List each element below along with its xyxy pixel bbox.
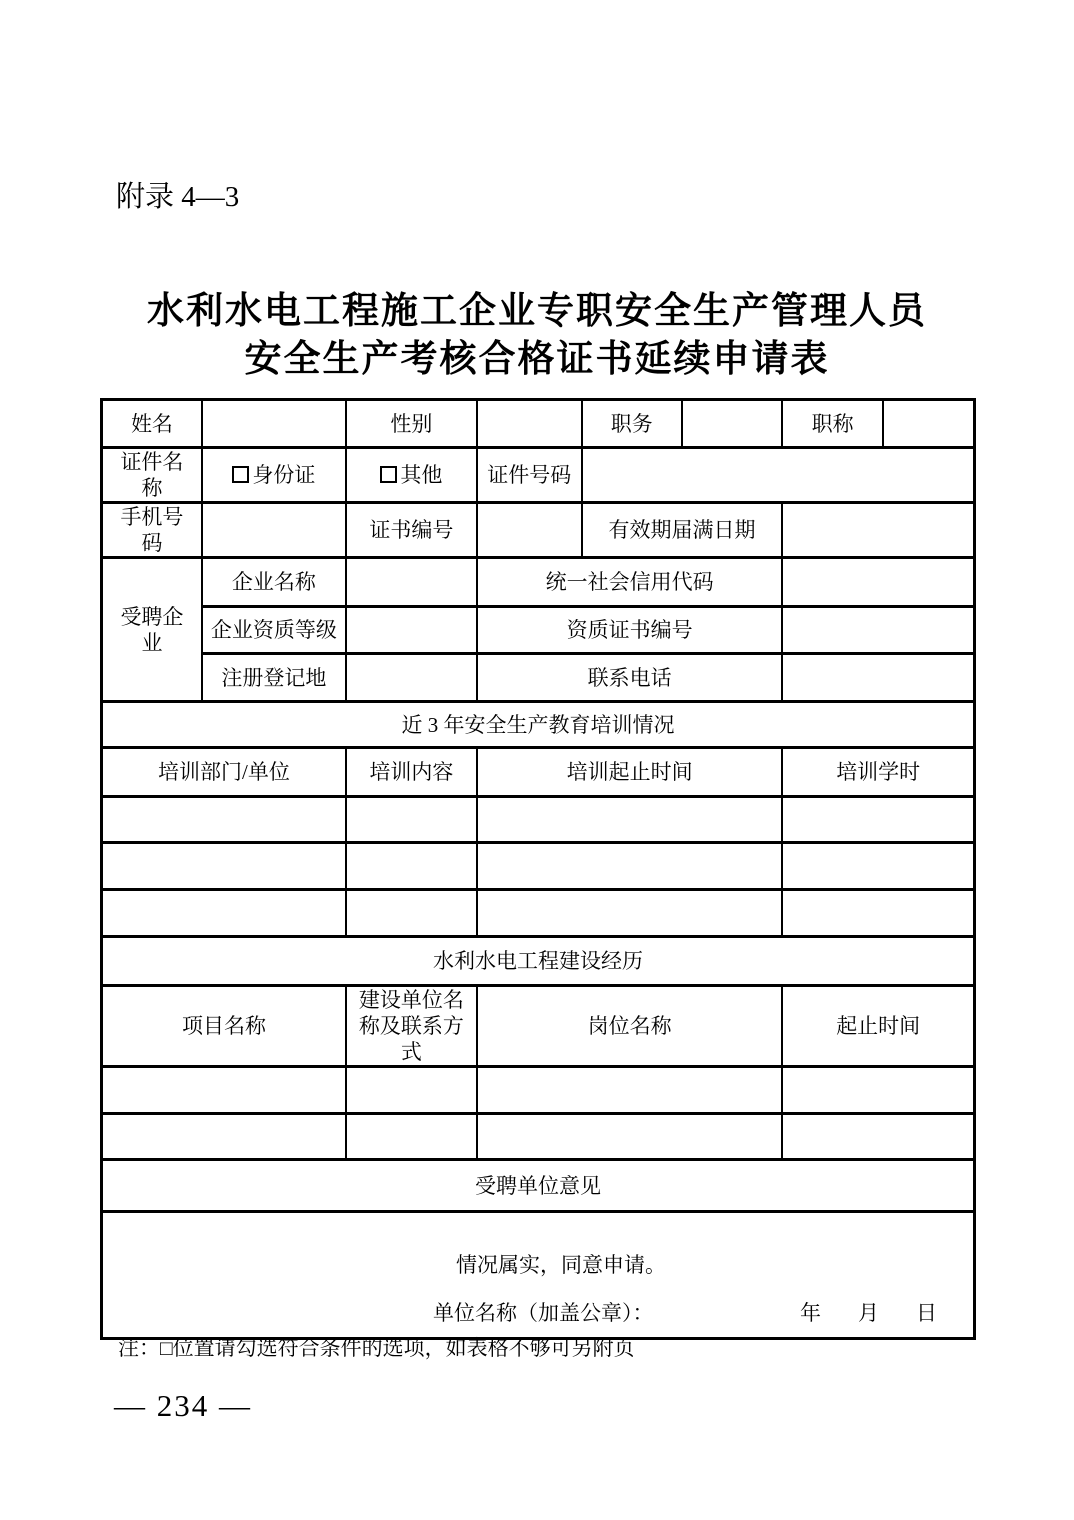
qualification-grade-value-cell (346, 607, 477, 654)
document-title: 水利水电工程施工企业专职安全生产管理人员 安全生产考核合格证书延续申请表 (0, 288, 1074, 384)
training-hours-value-cell (782, 797, 974, 843)
experience-period-value-cell (782, 1114, 974, 1160)
other-option-cell: 其他 (346, 448, 477, 503)
mobile-value-cell (202, 503, 346, 558)
training-content-value-cell (346, 890, 477, 937)
doc-number-value-cell (582, 448, 975, 503)
date-labels: 年 月 日 (800, 1300, 937, 1326)
training-hours-value-cell (782, 843, 974, 890)
experience-project-value-cell (102, 1067, 346, 1114)
expiry-label-cell: 有效期届满日期 (582, 503, 783, 558)
training-content-header: 培训内容 (346, 748, 477, 797)
page-number: — 234 — (114, 1388, 252, 1424)
cert-no-value-cell (477, 503, 582, 558)
row-basic-info: 姓名 性别 职务 职称 (102, 400, 975, 448)
experience-empty-row (102, 1114, 975, 1160)
qualification-grade-label-cell: 企业资质等级 (202, 607, 346, 654)
signature-label: 单位名称（加盖公章）： (433, 1300, 654, 1326)
training-content-value-cell (346, 797, 477, 843)
name-label-cell: 姓名 (102, 400, 202, 448)
training-period-value-cell (477, 797, 783, 843)
opinion-section-header-row: 受聘单位意见 (102, 1160, 975, 1212)
opinion-content-cell: 情况属实，同意申请。 单位名称（加盖公章）： 年 月 日 (102, 1212, 975, 1339)
mobile-label-cell: 手机号码 (102, 503, 202, 558)
training-department-value-cell (102, 797, 346, 843)
training-period-value-cell (477, 890, 783, 937)
signature-date-row: 单位名称（加盖公章）： 年 月 日 (111, 1300, 965, 1326)
training-period-header: 培训起止时间 (477, 748, 783, 797)
position-label-cell: 职务 (582, 400, 682, 448)
gender-label-cell: 性别 (346, 400, 477, 448)
job-title-label-cell: 职称 (782, 400, 882, 448)
row-employer-name: 受聘企业 企业名称 统一社会信用代码 (102, 558, 975, 607)
experience-post-value-cell (477, 1114, 783, 1160)
name-value-cell (202, 400, 346, 448)
date-day-label: 日 (916, 1300, 937, 1326)
document-page: 附录 4—3 水利水电工程施工企业专职安全生产管理人员 安全生产考核合格证书延续… (0, 0, 1074, 1520)
id-card-option-cell: 身份证 (202, 448, 346, 503)
expiry-value-cell (782, 503, 974, 558)
employer-group-label-cell: 受聘企业 (102, 558, 202, 702)
experience-project-header: 项目名称 (102, 986, 346, 1067)
training-hours-value-cell (782, 890, 974, 937)
footnote: 注：□位置请勾选符合条件的选项，如表格不够可另附页 (118, 1332, 635, 1362)
document-title-line2: 安全生产考核合格证书延续申请表 (0, 336, 1074, 384)
experience-post-value-cell (477, 1067, 783, 1114)
phone-value-cell (782, 654, 974, 702)
cert-no-label-cell: 证书编号 (346, 503, 477, 558)
experience-empty-row (102, 1067, 975, 1114)
id-card-option-label: 身份证 (252, 463, 315, 487)
training-department-value-cell (102, 890, 346, 937)
training-section-title: 近 3 年安全生产教育培训情况 (102, 702, 975, 748)
opinion-section-title: 受聘单位意见 (102, 1160, 975, 1212)
gender-value-cell (477, 400, 582, 448)
training-section-header-row: 近 3 年安全生产教育培训情况 (102, 702, 975, 748)
experience-period-value-cell (782, 1067, 974, 1114)
experience-builder-value-cell (346, 1067, 477, 1114)
id-card-checkbox-icon (232, 466, 249, 483)
date-year-label: 年 (800, 1300, 821, 1326)
row-contact-cert: 手机号码 证书编号 有效期届满日期 (102, 503, 975, 558)
experience-builder-header: 建设单位名称及联系方式 (346, 986, 477, 1067)
row-employer-qualification: 企业资质等级 资质证书编号 (102, 607, 975, 654)
experience-post-header: 岗位名称 (477, 986, 783, 1067)
experience-project-value-cell (102, 1114, 346, 1160)
experience-builder-value-cell (346, 1114, 477, 1160)
training-department-header: 培训部门/单位 (102, 748, 346, 797)
doc-number-label-cell: 证件号码 (477, 448, 582, 503)
training-period-value-cell (477, 843, 783, 890)
other-checkbox-icon (380, 466, 397, 483)
qualification-cert-no-value-cell (782, 607, 974, 654)
experience-columns-header-row: 项目名称 建设单位名称及联系方式 岗位名称 起止时间 (102, 986, 975, 1067)
training-empty-row (102, 890, 975, 937)
row-id-document: 证件名称 身份证 其他 证件号码 (102, 448, 975, 503)
row-employer-address: 注册登记地 联系电话 (102, 654, 975, 702)
credit-code-label-cell: 统一社会信用代码 (477, 558, 783, 607)
training-columns-header-row: 培训部门/单位 培训内容 培训起止时间 培训学时 (102, 748, 975, 797)
experience-section-title: 水利水电工程建设经历 (102, 937, 975, 986)
phone-label-cell: 联系电话 (477, 654, 783, 702)
position-value-cell (682, 400, 782, 448)
other-option-label: 其他 (400, 463, 442, 487)
credit-code-value-cell (782, 558, 974, 607)
training-department-value-cell (102, 843, 346, 890)
training-content-value-cell (346, 843, 477, 890)
opinion-statement: 情况属实，同意申请。 (157, 1252, 965, 1278)
company-name-label-cell: 企业名称 (202, 558, 346, 607)
registered-address-value-cell (346, 654, 477, 702)
appendix-label: 附录 4—3 (116, 180, 239, 214)
training-empty-row (102, 843, 975, 890)
opinion-content-row: 情况属实，同意申请。 单位名称（加盖公章）： 年 月 日 (102, 1212, 975, 1339)
registered-address-label-cell: 注册登记地 (202, 654, 346, 702)
doc-name-label-cell: 证件名称 (102, 448, 202, 503)
training-hours-header: 培训学时 (782, 748, 974, 797)
date-month-label: 月 (858, 1300, 879, 1326)
training-empty-row (102, 797, 975, 843)
experience-section-header-row: 水利水电工程建设经历 (102, 937, 975, 986)
job-title-value-cell (883, 400, 975, 448)
qualification-cert-no-label-cell: 资质证书编号 (477, 607, 783, 654)
document-title-line1: 水利水电工程施工企业专职安全生产管理人员 (0, 288, 1074, 336)
application-form-table: 姓名 性别 职务 职称 证件名称 身份证 其他 证件号码 手机号码 证书编号 有… (100, 398, 976, 1340)
experience-period-header: 起止时间 (782, 986, 974, 1067)
company-name-value-cell (346, 558, 477, 607)
